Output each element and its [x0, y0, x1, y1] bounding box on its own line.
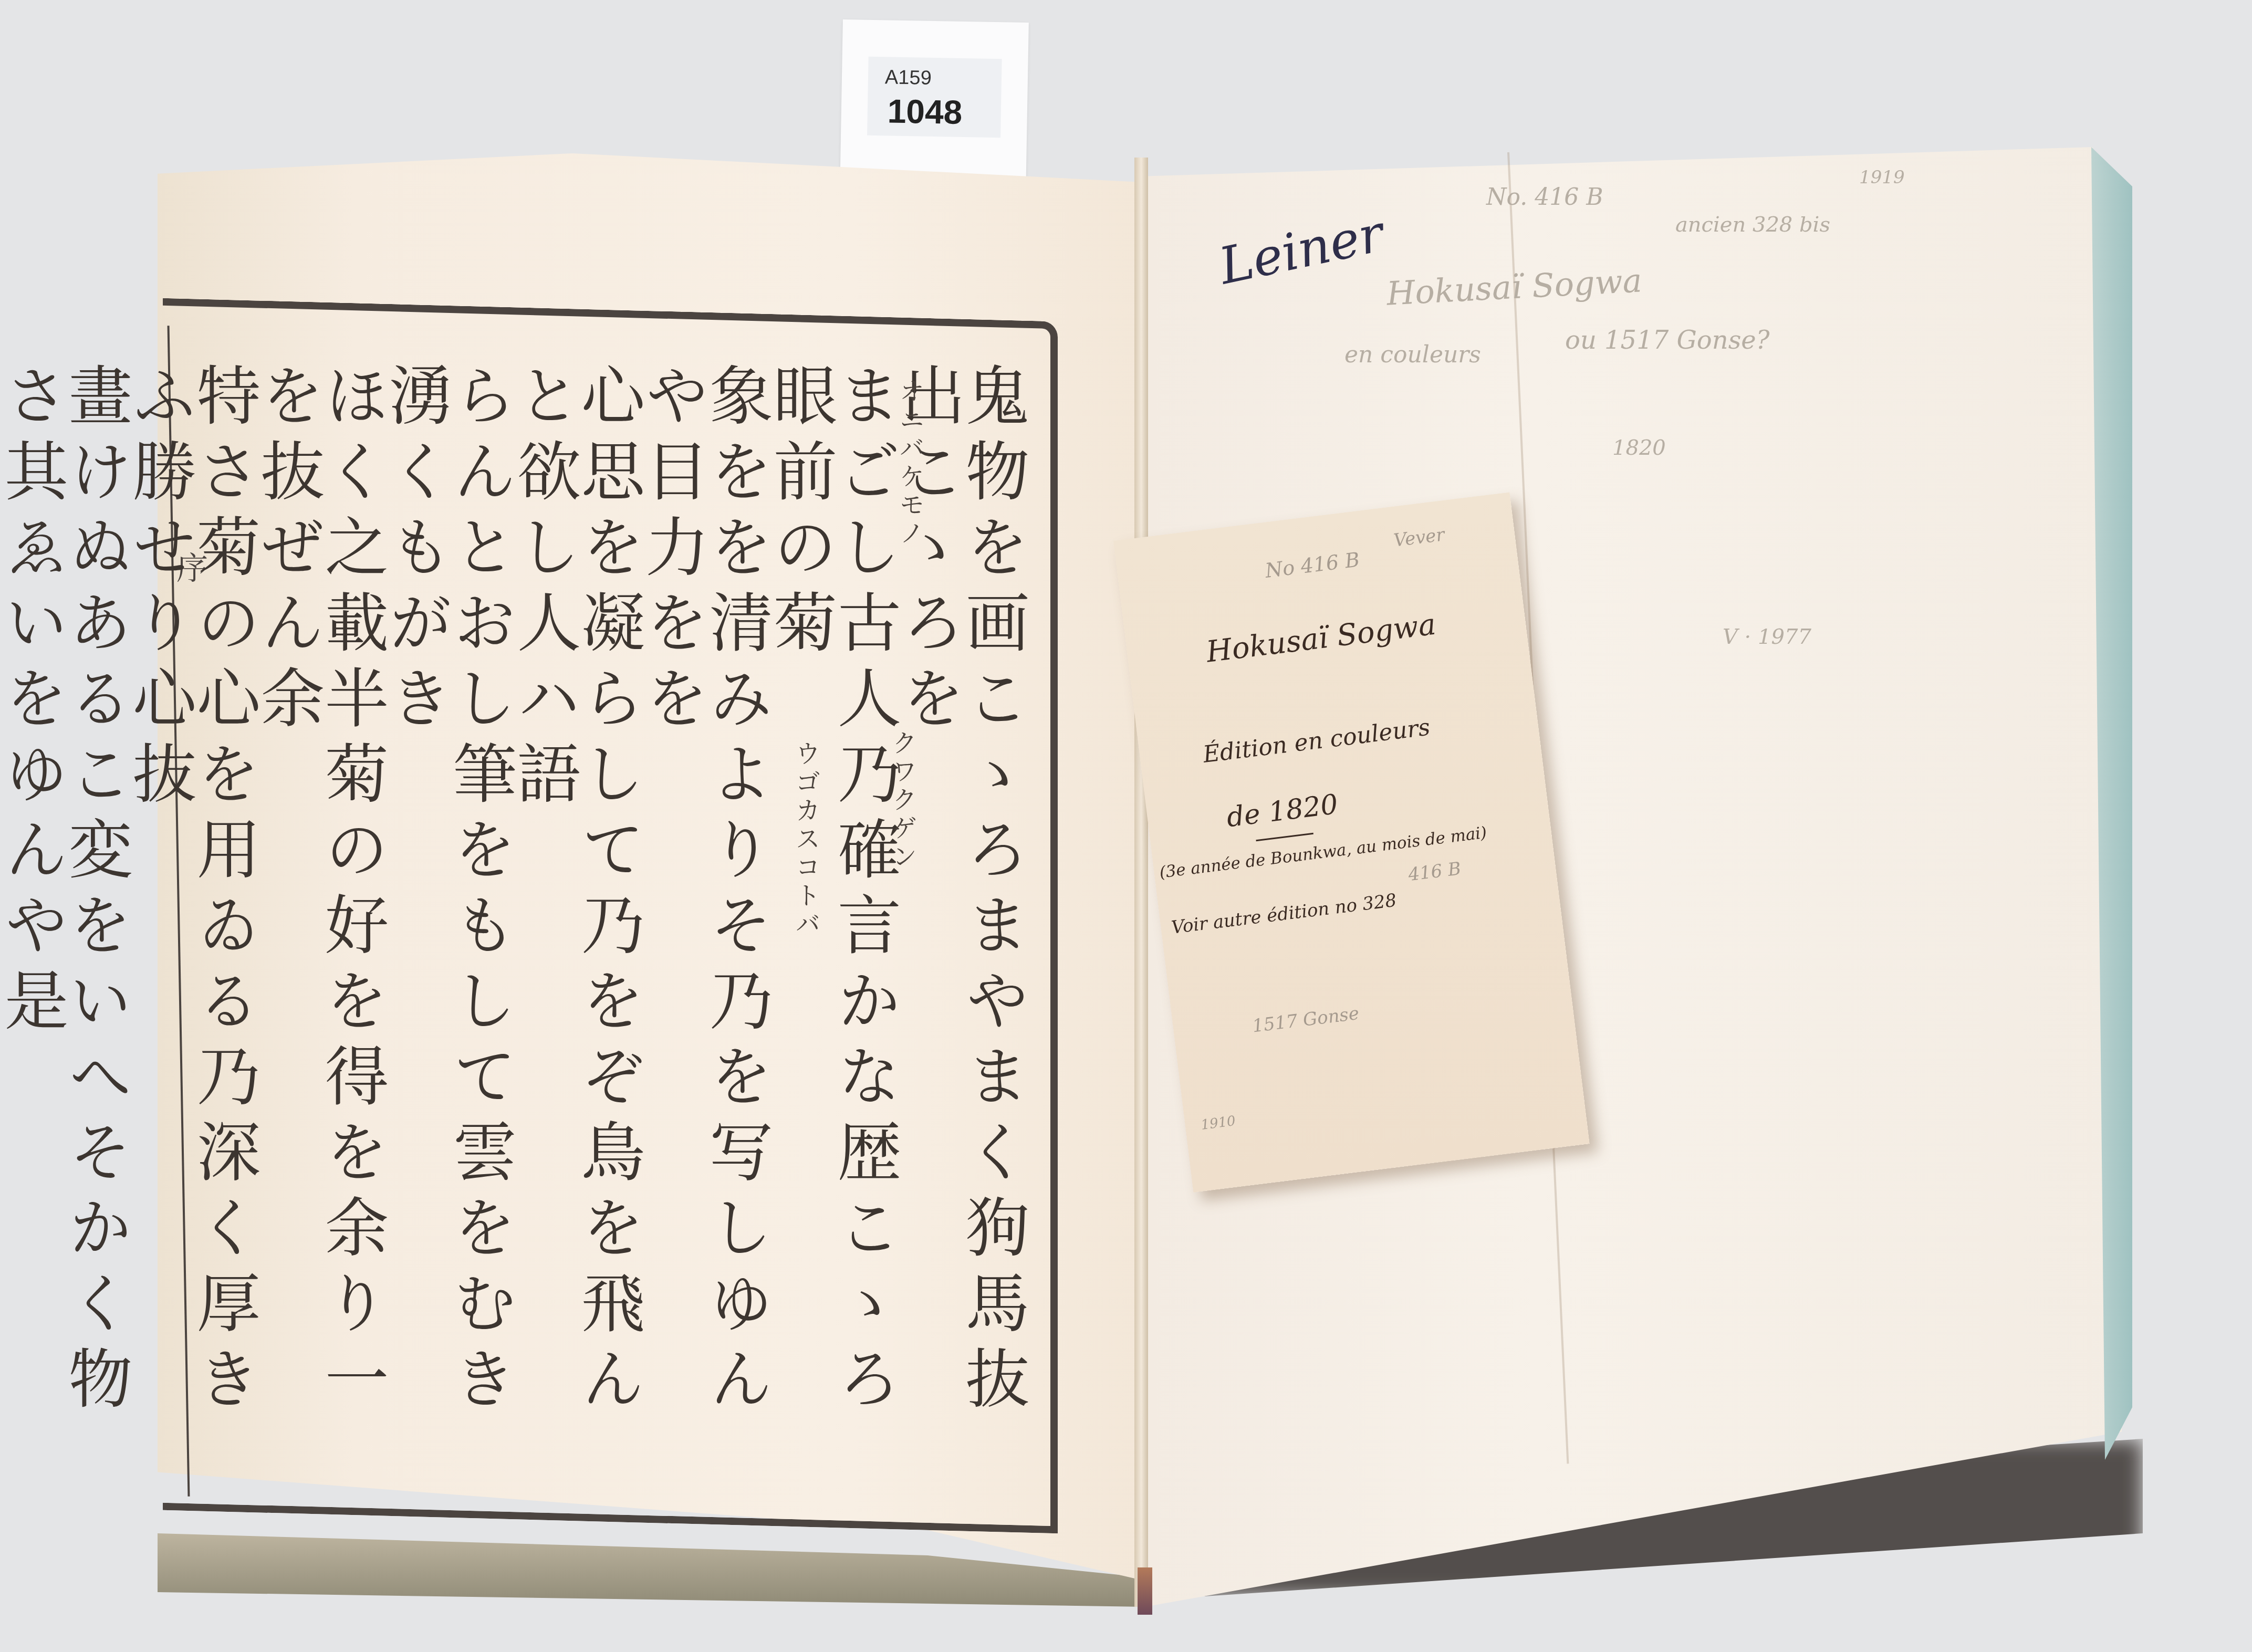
calligraphy-column: らんとおし筆をもして雲をむき湧くもがき [383, 362, 512, 1486]
calligraphy-column: まごし古人乃確言かな歴こゝろ眼前の菊 [768, 362, 896, 1486]
calligraphy-column: 畫けぬあるこ変をいへそかく物さ其ゑいをゆんや是 [0, 362, 127, 1486]
note-pencil-header: No 416 B [1264, 548, 1361, 582]
calligraphy-column: 特さ菊の心を用ゐる乃深く厚きふ勝せり心抜 [127, 362, 255, 1486]
lot-number: 1048 [887, 91, 963, 131]
pencil-note: No. 416 B [1486, 184, 1603, 211]
calligraphy-column: 心思を凝らして乃をぞ鳥を飛んと欲し人ハ語 [512, 362, 640, 1486]
note-pencil-correction: 416 B [1407, 858, 1462, 885]
note-underline [1256, 833, 1313, 841]
inserted-note-card: No 416 B Vever Hokusaï Sogwa Édition en … [1113, 492, 1590, 1192]
note-line-year: de 1820 [1225, 789, 1340, 834]
book-spine [1134, 158, 1148, 1607]
spine-binding-tab [1138, 1567, 1152, 1615]
pencil-note: V · 1977 [1723, 625, 1811, 649]
furigana: ウゴカスコトバ [788, 740, 824, 939]
note-pencil-header-right: Vever [1393, 524, 1446, 551]
pencil-note: ancien 328 bis [1675, 213, 1830, 237]
note-line-edition: Édition en couleurs [1202, 714, 1432, 768]
calligraphy-column: ほく之載半菊の好を得を余り一を抜ぜん余 [255, 362, 383, 1486]
pencil-note: ou 1517 Gonse? [1565, 326, 1769, 355]
note-title: Hokusaï Sogwa [1204, 608, 1437, 670]
pencil-note: 1820 [1612, 436, 1666, 460]
pencil-note: 1919 [1859, 167, 1905, 188]
pencil-note: en couleurs [1344, 341, 1481, 368]
photo-scene: A159 1048 序 鬼物を画こゝろまやまく狗馬抜出こゝろを まごし古人乃確言… [0, 0, 2252, 1652]
lot-code: A159 [885, 66, 932, 90]
note-pencil-date: 1910 [1200, 1113, 1236, 1133]
furigana: クワクゲン [884, 730, 921, 872]
calligraphy-column: 象をを清みよりそ乃を写しゆんや目力をを [640, 362, 768, 1486]
furigana: オニバケモノ [892, 378, 928, 548]
note-pencil-footer: 1517 Gonse [1251, 1003, 1360, 1037]
note-line-see-other: Voir autre édition no 328 [1170, 890, 1398, 938]
